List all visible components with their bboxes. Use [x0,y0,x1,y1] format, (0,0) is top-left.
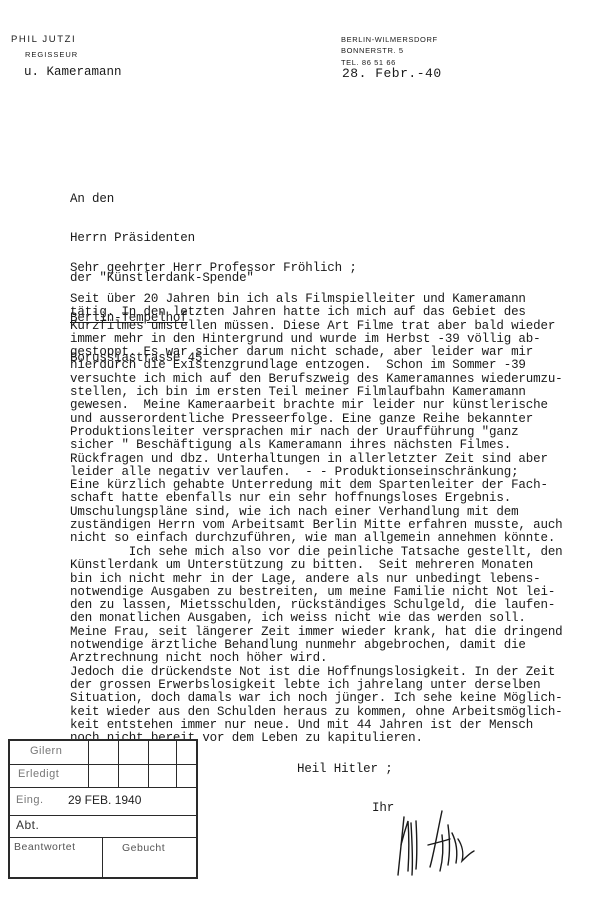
body-line: Kurzfilmes umstellen müssen. Diese Art F… [70,320,563,333]
closing-greeting: Heil Hitler ; [297,763,393,776]
stamp-row-2: Erledigt [10,764,196,788]
stamp-received-date: 29 FEB. 1940 [68,793,141,807]
body-line: Umschulungspläne sind, wie ich nach eine… [70,506,563,519]
stamp-label-abt: Abt. [16,818,39,832]
letterhead-role: REGISSEUR [25,50,78,59]
body-line: tätig. In den letzten Jahren hatte ich m… [70,306,563,319]
body-line: Ich sehe mich also vor die peinliche Tat… [70,546,563,559]
stamp-label-beantwortet: Beantwortet [14,841,76,853]
body-line: Arztrechnung nicht noch höher wird. [70,652,563,665]
receipt-stamp: Gilern Erledigt Eing. 29 FEB. 1940 Abt. … [8,739,198,879]
body-line: sicher " Beschäftigung als Kameramann ih… [70,439,563,452]
body-line: Künstlerdank um Unterstützung zu bitten.… [70,559,563,572]
body-line: keit entstehen immer nur neue. Und mit 4… [70,719,563,732]
body-paragraph-2: Ich sehe mich also vor die peinliche Tat… [70,546,563,745]
body-line: notwendige ärztliche Behandlung nunmehr … [70,639,563,652]
body-line: Meine Frau, seit längerer Zeit immer wie… [70,626,563,639]
body-line: Produktionsleiter versprachen mir nach d… [70,426,563,439]
body-line: Seit über 20 Jahren bin ich als Filmspie… [70,293,563,306]
address-line: BONNERSTR. 5 [341,45,438,56]
body-line: gewesen. Meine Kameraarbeit brachte mir … [70,399,563,412]
stamp-row-department: Abt. [10,815,196,838]
letterhead-role-addition: u. Kameramann [24,65,122,79]
stamp-label-gilern: Gilern [30,745,62,757]
body-line: bin ich nicht mehr in der Lage, andere a… [70,573,563,586]
address-line: BERLIN-WILMERSDORF [341,34,438,45]
recipient-line: An den [70,193,254,206]
body-line: hierdurch die Existenzgrundlage entzogen… [70,359,563,372]
body-line: Eine kürzlich gehabte Unterredung mit de… [70,479,563,492]
signoff: Ihr [372,802,394,815]
signature [392,805,482,885]
body-line: zuständigen Herrn vom Arbeitsamt Berlin … [70,519,563,532]
stamp-row-1: Gilern [10,741,196,765]
body-line: nicht so einfach durchzuführen, wie man … [70,532,563,545]
body-line: Jedoch die drückendste Not ist die Hoffn… [70,666,563,679]
body-line: und ausserordentliche Presseerfolge. Ein… [70,413,563,426]
body-line: leider alle negativ verlaufen. - - Produ… [70,466,563,479]
body-line: den zu lassen, Mietsschulden, rückständi… [70,599,563,612]
recipient-line: Herrn Präsidenten [70,232,254,245]
stamp-label-eingang: Eing. [16,794,44,806]
body-line: Situation, doch damals war ich noch jüng… [70,692,563,705]
letterhead-address: BERLIN-WILMERSDORF BONNERSTR. 5 TEL. 86 … [341,34,438,68]
letterhead-name: PHIL JUTZI [11,34,76,45]
stamp-label-gebucht: Gebucht [122,842,165,854]
body-line: keit wieder aus den Schulden heraus zu k… [70,706,563,719]
letter-date: 28. Febr.-40 [342,66,442,81]
stamp-row-received: Eing. 29 FEB. 1940 [10,787,196,816]
body-line: versuchte ich mich auf den Berufszweig d… [70,373,563,386]
stamp-row-status: Beantwortet Gebucht [10,837,196,877]
body-line: der grossen Erwerbslosigkeit lebte ich j… [70,679,563,692]
salutation: Sehr geehrter Herr Professor Fröhlich ; [70,262,357,275]
stamp-label-erledigt: Erledigt [18,768,59,780]
body-line: notwendige Ausgaben zu bestreiten, um me… [70,586,563,599]
body-line: den monatlichen Ausgaben, ich weiss nich… [70,612,563,625]
body-line: gestoppt. Es war sicher darum nicht scha… [70,346,563,359]
body-line: schaft hatte ebenfalls nur ein sehr hoff… [70,492,563,505]
body-line: immer mehr in den Hintergrund und wurde … [70,333,563,346]
body-line: Rückfragen und dbz. Unterhaltungen in al… [70,453,563,466]
body-line: stellen, ich bin im ersten Teil meiner F… [70,386,563,399]
body-paragraph-1: Seit über 20 Jahren bin ich als Filmspie… [70,293,563,546]
